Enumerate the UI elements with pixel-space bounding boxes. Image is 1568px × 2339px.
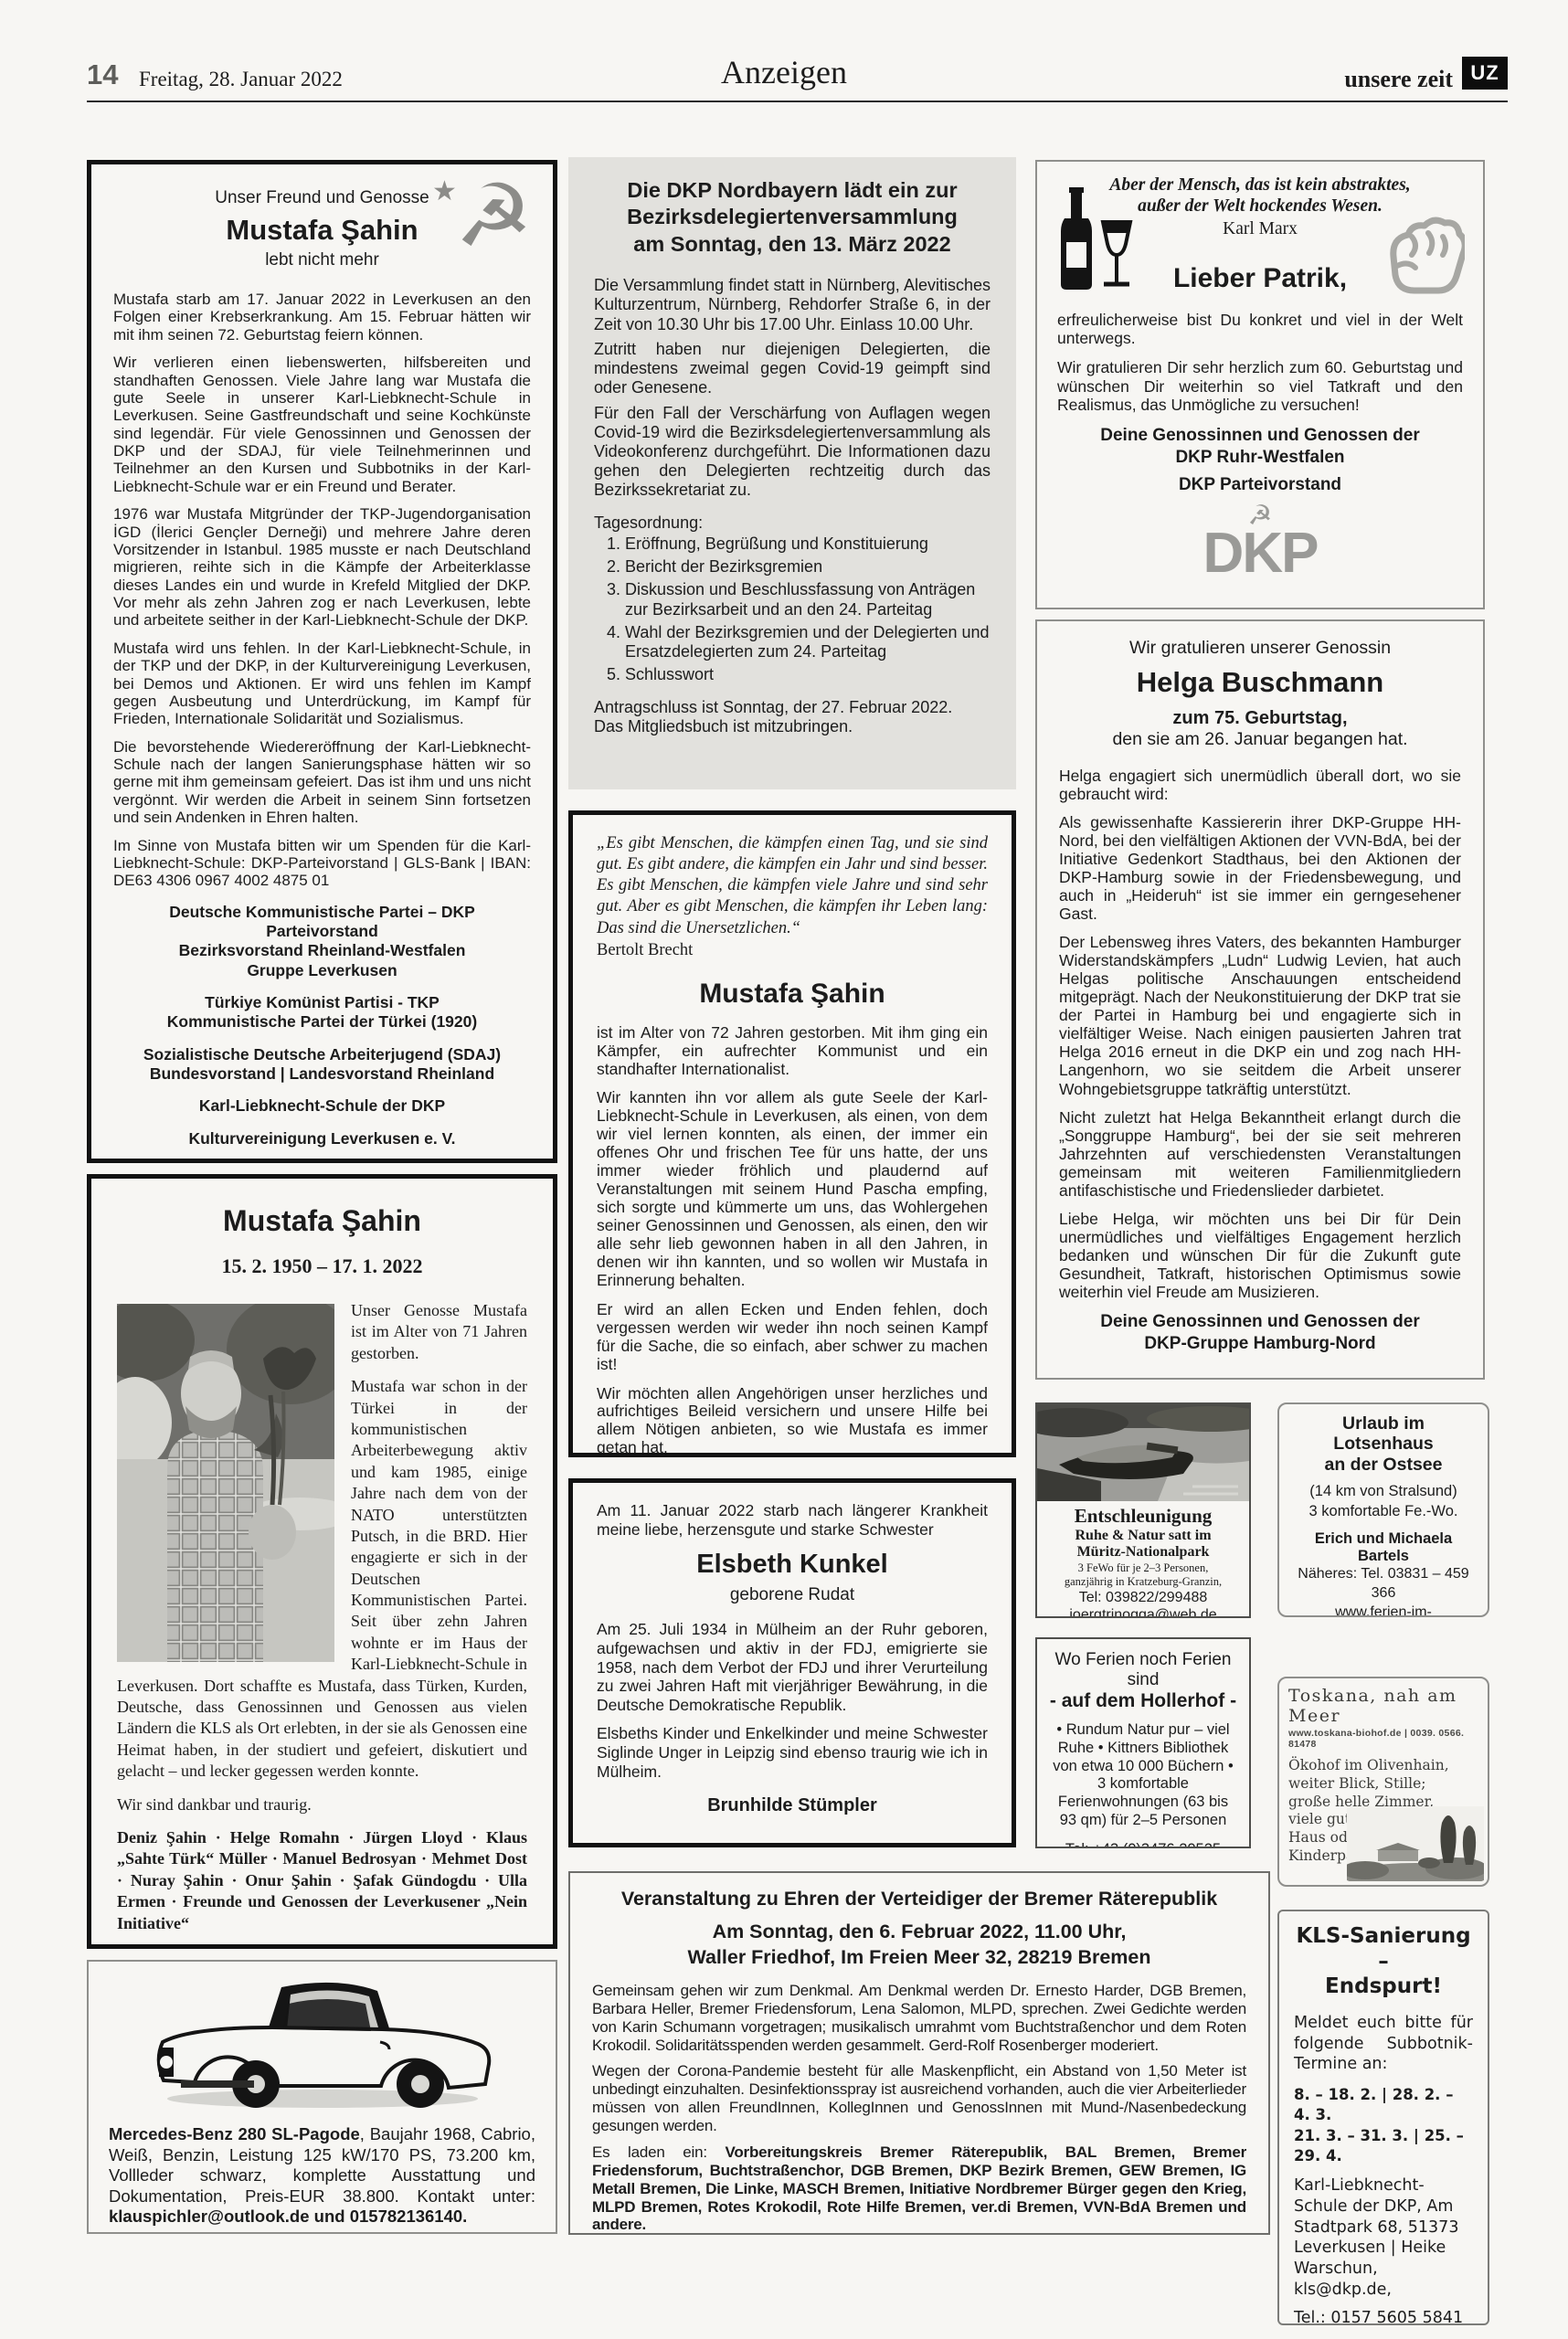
birthday-date-line: den sie am 26. Januar begangen hat. xyxy=(1059,729,1461,750)
signature: Brunhilde Stümpler xyxy=(597,1795,988,1816)
ad-text: Mercedes-Benz 280 SL-Pagode, Baujahr 196… xyxy=(109,2124,535,2228)
obituary-paragraph: Wir kannten ihn vor allem als gute Seele… xyxy=(597,1089,988,1289)
obituary-paragraph: Wir verlieren einen liebenswerten, hilfs… xyxy=(113,354,531,495)
obituary-paragraph: ist im Alter von 72 Jahren gestorben. Mi… xyxy=(597,1024,988,1079)
obituary-sahin-friends: Mustafa Şahin 15. 2. 1950 – 17. 1. 2022 xyxy=(87,1174,557,1949)
ad-email: joergtrinogga@web.de xyxy=(1046,1606,1240,1618)
birthday-line: zum 75. Geburtstag, xyxy=(1059,708,1461,729)
ad-contact: www.toskana-biohof.de | 0039. 0566. 8147… xyxy=(1288,1728,1478,1750)
agenda-title: Tagesordnung: xyxy=(594,513,991,533)
quote-author: Bertolt Brecht xyxy=(597,941,988,960)
event-title: Veranstaltung zu Ehren der Verteidiger d… xyxy=(592,1888,1246,1910)
obituary-sahin-sdaj: „Es gibt Menschen, die kämpfen einen Tag… xyxy=(568,810,1016,1457)
subbotnik-dates: 8. – 18. 2. | 28. 2. – 4. 3. 21. 3. – 31… xyxy=(1294,2085,1473,2166)
hammer-sickle-star-icon: ★ ☭ xyxy=(432,174,533,265)
signature: Deine Genossinnen und Genossen der DKP R… xyxy=(1057,425,1463,469)
ad-intro: Meldet euch bitte für folgende Subbotnik… xyxy=(1294,2013,1473,2075)
ad-email: kls@dkp.de, xyxy=(1294,2280,1473,2301)
greeting-paragraph: Liebe Helga, wir möchten uns bei Dir für… xyxy=(1059,1210,1461,1301)
classified-ad-mercedes: Mercedes-Benz 280 SL-Pagode, Baujahr 196… xyxy=(87,1960,557,2234)
ad-hollerhof: Wo Ferien noch Ferien sind - auf dem Hol… xyxy=(1035,1637,1251,1848)
ad-title: KLS-Sanierung – Endspurt! xyxy=(1294,1924,1473,2000)
ad-lotsenhaus: Urlaub im Lotsenhaus an der Ostsee (14 k… xyxy=(1277,1402,1489,1617)
wine-bottle-and-glass-icon xyxy=(1055,185,1134,295)
ad-title: Toskana, nah am Meer xyxy=(1288,1686,1478,1726)
event-paragraph: Wegen der Corona-Pandemie besteht für al… xyxy=(592,2062,1246,2135)
lake-boat-photo xyxy=(1037,1404,1249,1501)
event-bremer-raeterepublik: Veranstaltung zu Ehren der Verteidiger d… xyxy=(568,1871,1270,2235)
celebrant-name: Helga Buschmann xyxy=(1059,666,1461,699)
announcement-paragraph: Die Versammlung findet statt in Nürnberg… xyxy=(594,276,991,334)
ad-title: Urlaub im Lotsenhaus an der Ostsee xyxy=(1290,1413,1477,1475)
obituary-paragraph: Am 25. Juli 1934 in Mülheim an der Ruhr … xyxy=(597,1620,988,1714)
ad-title: Entschleunigung xyxy=(1046,1505,1240,1528)
obituary-paragraph: Wir möchten allen Angehörigen unser herz… xyxy=(597,1385,988,1458)
deceased-name: Mustafa Şahin xyxy=(597,979,988,1010)
obituary-paragraph: 1976 war Mustafa Mitgründer der TKP-Juge… xyxy=(113,505,531,630)
greeting-intro: Wir gratulieren unserer Genossin xyxy=(1059,638,1461,659)
ad-website: www.ferien-im-lotsenhaus.de xyxy=(1290,1603,1477,1617)
dkp-hammer-sickle-logo: ☭ DKP xyxy=(1057,505,1463,581)
agenda-item: Schlusswort xyxy=(625,665,991,684)
deceased-name: Elsbeth Kunkel xyxy=(597,1550,988,1580)
greeting-paragraph: Helga engagiert sich unermüdlich überall… xyxy=(1059,767,1461,803)
announcement-dkp-nordbayern: Die DKP Nordbayern lädt ein zur Bezirksd… xyxy=(568,157,1016,789)
deceased-name: Mustafa Şahin xyxy=(117,1204,527,1238)
newspaper-page: 14 Freitag, 28. Januar 2022 Anzeigen uns… xyxy=(0,0,1568,2339)
greeting-paragraph: Wir gratulieren Dir sehr herzlich zum 60… xyxy=(1057,358,1463,414)
signature-group: Sozialistische Deutsche Arbeiterjugend (… xyxy=(113,1045,531,1085)
brecht-quote: „Es gibt Menschen, die kämpfen einen Tag… xyxy=(597,833,988,939)
agenda-item: Wahl der Bezirksgremien und der Delegier… xyxy=(625,623,991,661)
car-illustration xyxy=(144,1971,501,2117)
ad-address: Karl-Liebknecht-Schule der DKP, Am Stadt… xyxy=(1294,2175,1473,2280)
announcement-closing: Antragschluss ist Sonntag, der 27. Febru… xyxy=(594,698,991,736)
mourner-names: Deniz Şahin · Helge Romahn · Jürgen Lloy… xyxy=(117,1827,527,1934)
agenda-item: Bericht der Bezirksgremien xyxy=(625,557,991,577)
birthday-greeting-patrik: Aber der Mensch, das ist kein abstraktes… xyxy=(1035,160,1485,609)
obituary-thanks: Wir sind dankbar und traurig. xyxy=(117,1794,527,1815)
ad-entschleunigung: Entschleunigung Ruhe & Natur satt im Mür… xyxy=(1035,1402,1251,1618)
agenda-item: Diskussion und Beschlussfassung von Antr… xyxy=(625,580,991,619)
announcement-paragraph: Für den Fall der Verschärfung von Auflag… xyxy=(594,404,991,501)
signature-group: Kulturvereinigung Leverkusen e. V. xyxy=(113,1129,531,1148)
obituary-paragraph: Im Sinne von Mustafa bitten wir um Spend… xyxy=(113,837,531,890)
obituary-paragraph: Die bevorstehende Wiedereröffnung der Ka… xyxy=(113,738,531,827)
ad-contact-names: Erich und Michaela Bartels xyxy=(1290,1530,1477,1565)
obituary-kunkel: Am 11. Januar 2022 starb nach längerer K… xyxy=(568,1478,1016,1847)
obituary-paragraph: Mustafa wird uns fehlen. In der Karl-Lie… xyxy=(113,640,531,728)
event-inviters: Es laden ein: Vorbereitungskreis Bremer … xyxy=(592,2143,1246,2234)
ad-title: - auf dem Hollerhof - xyxy=(1048,1690,1238,1712)
life-dates: 15. 2. 1950 – 17. 1. 2022 xyxy=(117,1254,527,1278)
ad-phone: Näheres: Tel. 03831 – 459 366 xyxy=(1290,1565,1477,1603)
raised-fist-icon xyxy=(1381,209,1465,301)
section-title: Anzeigen xyxy=(0,53,1568,91)
obituary-paragraph: Er wird an allen Ecken und Enden fehlen,… xyxy=(597,1301,988,1374)
tuscany-landscape-photo xyxy=(1347,1806,1484,1881)
event-paragraph: Gemeinsam gehen wir zum Denkmal. Am Denk… xyxy=(592,1982,1246,2055)
ad-phone: Tel.: 0157 5605 5841 xyxy=(1294,2308,1473,2325)
ad-intro: Wo Ferien noch Ferien sind xyxy=(1048,1650,1238,1690)
ad-body: • Rundum Natur pur – viel Ruhe • Kittner… xyxy=(1048,1721,1238,1830)
event-when-where: Am Sonntag, den 6. Februar 2022, 11.00 U… xyxy=(592,1920,1246,1971)
greeting-paragraph: Als gewissenhafte Kassiererin ihrer DKP-… xyxy=(1059,813,1461,923)
portrait-photo xyxy=(117,1304,334,1662)
ad-toskana: Toskana, nah am Meer www.toskana-biohof.… xyxy=(1277,1677,1489,1887)
obituary-paragraph: Elsbeths Kinder und Enkelkinder und mein… xyxy=(597,1724,988,1781)
announcement-paragraph: Zutritt haben nur diejenigen Delegierten… xyxy=(594,340,991,398)
header-rule xyxy=(87,101,1508,102)
uz-logo: UZ xyxy=(1462,57,1508,90)
signature-group: Karl-Liebknecht-Schule der DKP xyxy=(113,1096,531,1116)
greeting-paragraph: erfreulicherweise bist Du konkret und vi… xyxy=(1057,311,1463,348)
ad-kls-sanierung: KLS-Sanierung – Endspurt! Meldet euch bi… xyxy=(1277,1910,1489,2325)
ad-phone: Tel: 039822/299488 xyxy=(1046,1589,1240,1606)
agenda-list: Eröffnung, Begrüßung und Konstituierung … xyxy=(594,534,991,685)
signature-group: Türkiye Komünist Partisi - TKP Kommunist… xyxy=(113,993,531,1032)
signature-group: Deutsche Kommunistische Partei – DKP Par… xyxy=(113,903,531,980)
obituary-paragraph: Mustafa starb am 17. Januar 2022 in Leve… xyxy=(113,291,531,344)
greeting-paragraph: Der Lebensweg ihres Vaters, des bekannte… xyxy=(1059,933,1461,1097)
obituary-sahin-dkp: ★ ☭ Unser Freund und Genosse Mustafa Şah… xyxy=(87,160,557,1163)
agenda-item: Eröffnung, Begrüßung und Konstituierung xyxy=(625,534,991,554)
announcement-heading: Die DKP Nordbayern lädt ein zur Bezirksd… xyxy=(594,177,991,258)
signature: Deine Genossinnen und Genossen der DKP-G… xyxy=(1059,1311,1461,1355)
ad-phone: Tel: +43 (0)3476 20525 xyxy=(1065,1841,1221,1848)
newspaper-brand: unsere zeit xyxy=(1344,66,1453,93)
obituary-intro: Am 11. Januar 2022 starb nach längerer K… xyxy=(597,1501,988,1539)
signature-party: DKP Parteivorstand xyxy=(1057,474,1463,496)
maiden-name: geborene Rudat xyxy=(597,1585,988,1605)
greeting-paragraph: Nicht zuletzt hat Helga Bekanntheit erla… xyxy=(1059,1108,1461,1200)
birthday-greeting-helga: Wir gratulieren unserer Genossin Helga B… xyxy=(1035,619,1485,1380)
